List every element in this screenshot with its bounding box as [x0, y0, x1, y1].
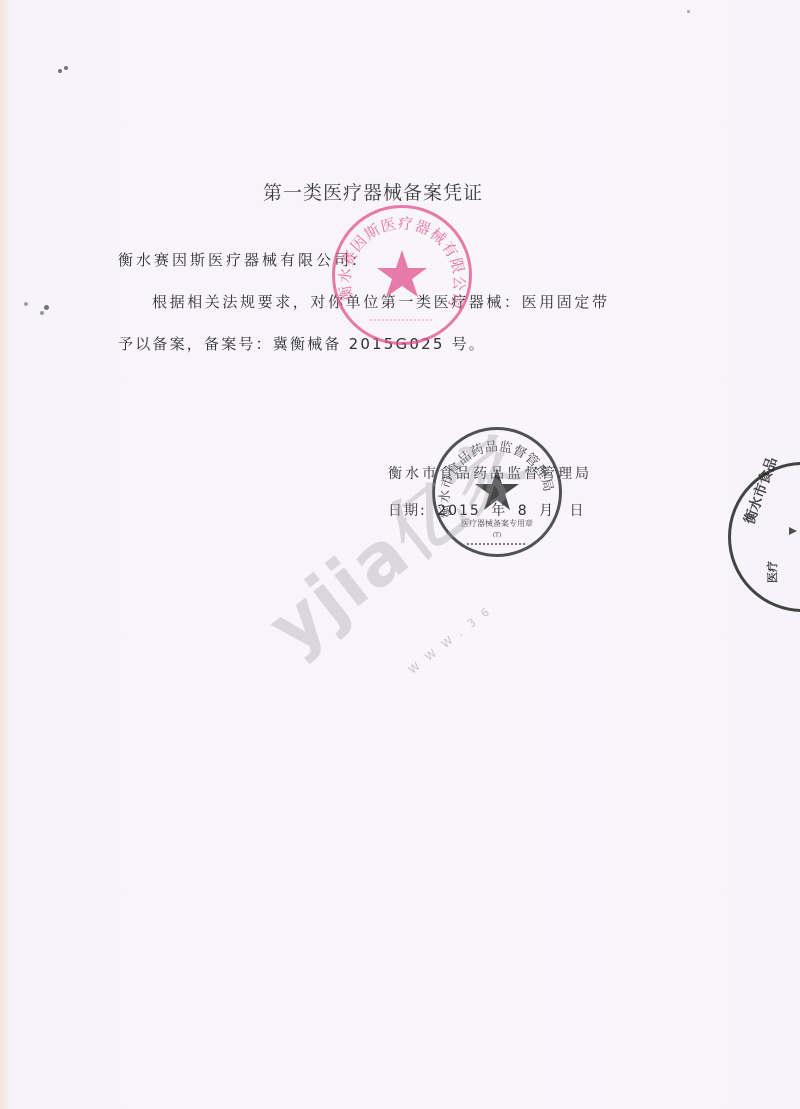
authority-seal-graphic: 衡水市食品药品监督管理局 医疗器械备案专用章 (T) — [435, 430, 559, 554]
partial-seal-fragment-text: 医疗 — [765, 561, 779, 583]
star-fragment-icon — [789, 527, 797, 535]
star-icon — [377, 250, 427, 297]
date-label: 日期: — [388, 503, 427, 519]
watermark-url: WWW.36 — [406, 599, 500, 676]
star-icon — [475, 468, 519, 510]
scan-speck — [44, 305, 49, 310]
company-seal-graphic: 衡水赛因斯医疗器械有限公司 — [335, 208, 469, 342]
authority-seal: 衡水市食品药品监督管理局 医疗器械备案专用章 (T) — [432, 427, 562, 557]
date-day-unit: 日 — [570, 503, 586, 519]
scan-speck — [40, 311, 44, 315]
scan-speck — [24, 302, 28, 306]
company-seal: 衡水赛因斯医疗器械有限公司 — [332, 205, 472, 345]
document-title: 第一类医疗器械备案凭证 — [263, 178, 483, 205]
authority-seal-sub-text: (T) — [493, 532, 501, 539]
scan-speck — [687, 10, 690, 13]
addressee: 衡水赛因斯医疗器械有限公司: — [118, 249, 360, 270]
scan-speck — [64, 66, 68, 70]
authority-seal-center-text: 医疗器械备案专用章 — [461, 518, 533, 528]
partial-seal-ring-text: 衡水市食品 — [741, 455, 781, 527]
document-page: 第一类医疗器械备案凭证 衡水赛因斯医疗器械有限公司: 根据相关法规要求，对你单位… — [0, 0, 800, 1109]
partial-seal-graphic: 衡水市食品 医疗 — [731, 465, 800, 609]
scan-speck — [58, 69, 62, 73]
partial-seal: 衡水市食品 医疗 — [728, 462, 800, 612]
